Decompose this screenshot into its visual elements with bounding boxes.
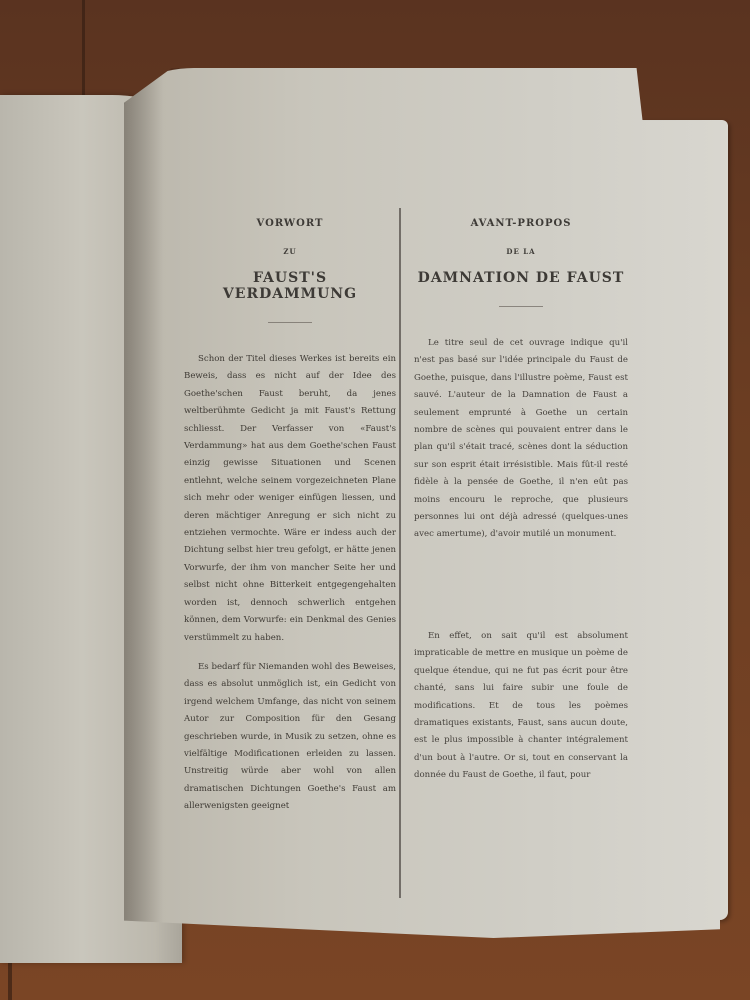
german-paragraph: Es bedarf für Niemanden wohl des Beweise… <box>184 659 396 816</box>
german-heading-title: FAUST'S VERDAMMUNG <box>184 270 396 302</box>
table-seam <box>82 0 85 105</box>
column-divider <box>399 208 401 898</box>
heading-rule <box>499 306 543 307</box>
heading-rule <box>268 322 312 323</box>
french-heading-small: AVANT-PROPOS <box>414 218 628 229</box>
right-page: VORWORT ZU FAUST'S VERDAMMUNG Schon der … <box>124 68 720 938</box>
french-paragraph: En effet, on sait qu'il est absolument i… <box>414 628 628 785</box>
french-heading-title: DAMNATION DE FAUST <box>414 270 628 286</box>
gutter-shadow <box>124 68 164 938</box>
french-heading-connector: DE LA <box>414 247 628 256</box>
german-heading-connector: ZU <box>184 247 396 256</box>
french-column: AVANT-PROPOS DE LA DAMNATION DE FAUST Le… <box>414 218 628 785</box>
french-paragraph: Le titre seul de cet ouvrage indique qu'… <box>414 335 628 544</box>
german-paragraph: Schon der Titel dieses Werkes ist bereit… <box>184 351 396 647</box>
german-column: VORWORT ZU FAUST'S VERDAMMUNG Schon der … <box>184 218 396 816</box>
german-heading-small: VORWORT <box>184 218 396 229</box>
